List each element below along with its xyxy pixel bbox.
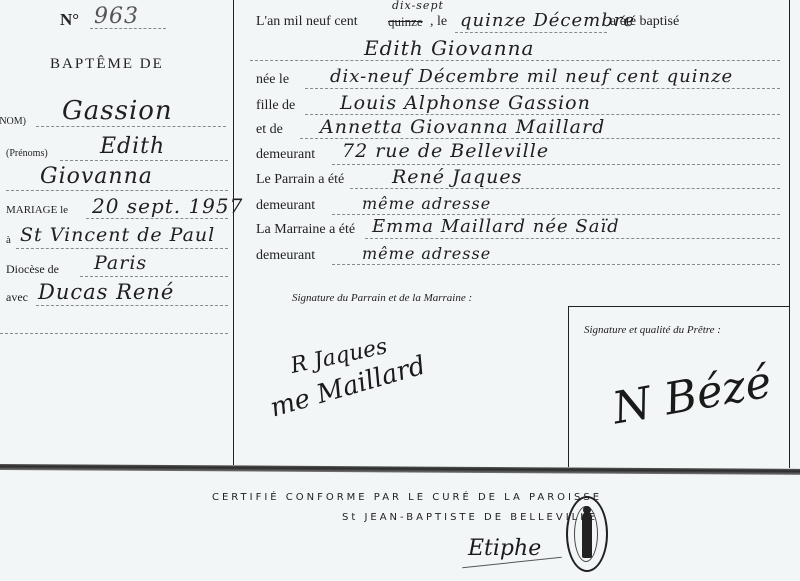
date-value: quinze Décembre bbox=[460, 10, 635, 31]
baptism-certificate: N° 963 BAPTÊME DE (NOM) Gassion (Prénoms… bbox=[0, 0, 800, 581]
marraine-label: La Marraine a été bbox=[256, 222, 355, 238]
diocese-label: Diocèse de bbox=[6, 262, 59, 277]
parrain-address: même adresse bbox=[362, 194, 491, 213]
mariage-value: 20 sept. 1957 bbox=[92, 194, 243, 218]
le-label: , le bbox=[430, 14, 447, 30]
fille-label: fille de bbox=[256, 98, 295, 114]
year-struck: quinze bbox=[388, 14, 423, 30]
sig-godparents-label: Signature du Parrain et de la Marraine : bbox=[292, 292, 472, 304]
parish-seal bbox=[566, 496, 608, 572]
nom-label: (NOM) bbox=[0, 116, 26, 127]
et-de-label: et de bbox=[256, 122, 283, 138]
diocese-value: Paris bbox=[94, 252, 147, 274]
marraine-demeurant-label: demeurant bbox=[256, 248, 315, 264]
mother: Annetta Giovanna Maillard bbox=[320, 116, 605, 138]
year-correction: dix-sept bbox=[392, 0, 444, 12]
father: Louis Alphonse Gassion bbox=[340, 92, 591, 114]
intro-text: L'an mil neuf cent bbox=[256, 14, 358, 30]
prenoms-label: (Prénoms) bbox=[6, 148, 48, 159]
left-divider bbox=[233, 0, 234, 465]
number-value: 963 bbox=[94, 4, 139, 29]
parrain-label: Le Parrain a été bbox=[256, 172, 344, 188]
address: 72 rue de Belleville bbox=[342, 140, 549, 162]
marraine: Emma Maillard née Saïd bbox=[372, 216, 620, 237]
mariage-label: MARIAGE le bbox=[6, 204, 68, 216]
lieu-value: St Vincent de Paul bbox=[20, 224, 215, 246]
prenoms-value-1: Edith bbox=[100, 134, 165, 159]
avec-value: Ducas René bbox=[38, 280, 174, 304]
baptise-label: a été baptisé bbox=[610, 14, 679, 30]
prenoms-value-2: Giovanna bbox=[40, 164, 153, 189]
cert-line-2: St JEAN-BAPTISTE DE BELLEVILLE bbox=[342, 512, 598, 523]
number-label: N° bbox=[60, 10, 79, 30]
demeurant-label: demeurant bbox=[256, 147, 315, 163]
avec-label: avec bbox=[6, 290, 28, 305]
lieu-prefix: à bbox=[6, 234, 11, 246]
marraine-address: même adresse bbox=[362, 244, 491, 263]
nee-label: née le bbox=[256, 72, 289, 88]
parrain-demeurant-label: demeurant bbox=[256, 198, 315, 214]
birth-date: dix-neuf Décembre mil neuf cent quinze bbox=[330, 66, 733, 87]
cert-signature: Etiphe bbox=[468, 536, 541, 561]
parrain: René Jaques bbox=[392, 166, 522, 188]
child-name: Edith Giovanna bbox=[364, 36, 534, 60]
sig-priest-label: Signature et qualité du Prêtre : bbox=[584, 324, 721, 336]
heading: BAPTÊME DE bbox=[50, 56, 164, 73]
nom-value: Gassion bbox=[62, 96, 173, 126]
cert-line-1: CERTIFIÉ CONFORME PAR LE CURÉ DE LA PARO… bbox=[212, 492, 602, 503]
